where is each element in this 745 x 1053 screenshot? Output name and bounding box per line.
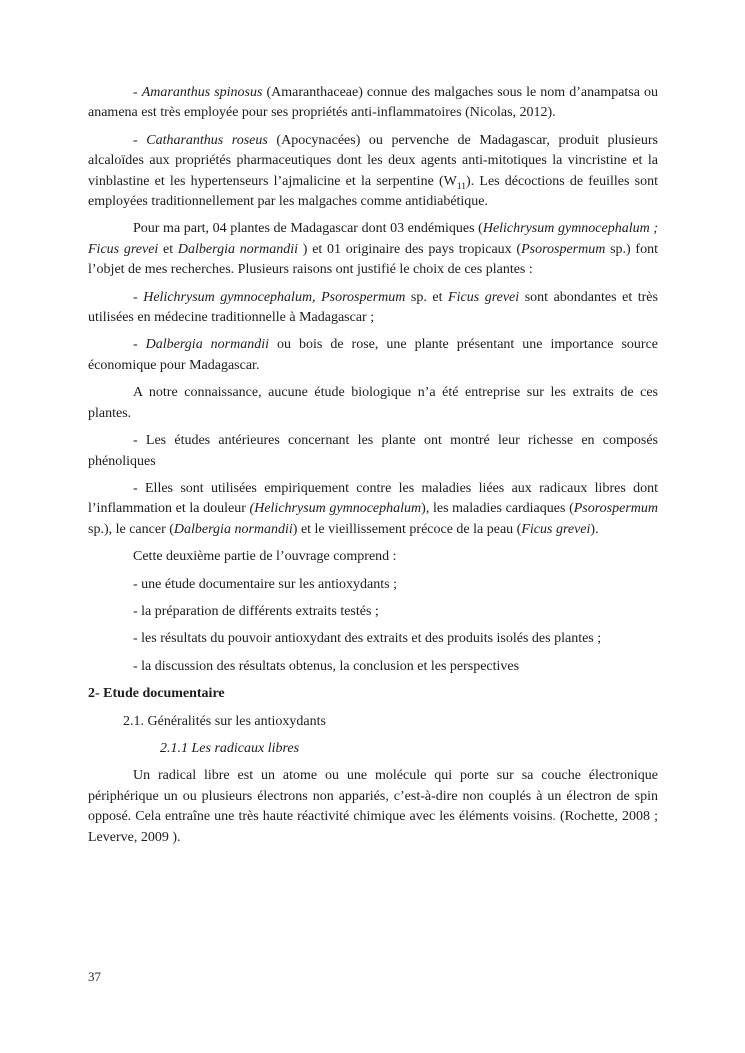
text-run: A notre connaissance, aucune étude biolo… [88,385,658,420]
text-run: (Helichrysum gymnocephalum [250,501,422,516]
text-run: 2.1.1 Les radicaux libres [160,741,299,756]
text-run: - [133,85,142,100]
text-run: Ficus grevei [448,290,519,305]
list-item-etude-documentaire: - une étude documentaire sur les antioxy… [88,575,658,595]
text-run: sp. et [405,290,448,305]
text-run: 2- Etude documentaire [88,686,225,701]
paragraph-connaissance: A notre connaissance, aucune étude biolo… [88,383,658,424]
text-run: - la discussion des résultats obtenus, l… [133,659,519,674]
paragraph-etudes-anterieures: - Les études antérieures concernant les … [88,431,658,472]
text-run: Dalbergia normandii [174,522,293,537]
subsubsection-heading-radicaux-libres: 2.1.1 Les radicaux libres [160,739,658,759]
text-run: 2.1. Généralités sur les antioxydants [123,714,326,729]
text-run: - [133,133,146,148]
list-item-resultats-pouvoir: - les résultats du pouvoir antioxydant d… [88,629,658,649]
text-run: - Les études antérieures concernant les … [88,433,658,468]
text-run: Amaranthus spinosus [142,85,263,100]
paragraph-radical-libre: Un radical libre est un atome ou une mol… [88,766,658,848]
text-run: Dalbergia normandii [178,242,298,257]
text-run: - les résultats du pouvoir antioxydant d… [133,631,601,646]
paragraph-amaranthus: - Amaranthus spinosus (Amaranthaceae) co… [88,83,658,124]
text-run: Ficus grevei [521,522,590,537]
paragraph-abondantes: - Helichrysum gymnocephalum, Psorospermu… [88,288,658,329]
text-run: ) et le vieillissement précoce de la pea… [293,522,522,537]
subsection-heading-generalites: 2.1. Généralités sur les antioxydants [123,712,658,732]
paragraph-deuxieme-partie: Cette deuxième partie de l’ouvrage compr… [88,547,658,567]
paragraph-catharanthus: - Catharanthus roseus (Apocynacées) ou p… [88,131,658,213]
text-run: ) et 01 originaire des pays tropicaux ( [298,242,521,257]
document-page: - Amaranthus spinosus (Amaranthaceae) co… [0,0,745,1053]
text-run: ), les maladies cardiaques ( [421,501,574,516]
text-run: ). [590,522,598,537]
text-run: Helichrysum gymnocephalum, Psorospermum [143,290,405,305]
paragraph-empiriquement: - Elles sont utilisées empiriquement con… [88,479,658,540]
text-run: - [133,290,143,305]
text-run: Catharanthus roseus [146,133,268,148]
text-run: - une étude documentaire sur les antioxy… [133,577,397,592]
list-item-preparation-extraits: - la préparation de différents extraits … [88,602,658,622]
text-run: Dalbergia normandii [146,337,269,352]
text-run: sp.), le cancer ( [88,522,174,537]
text-run: Psorospermum [574,501,658,516]
list-item-discussion: - la discussion des résultats obtenus, l… [88,657,658,677]
paragraph-pour-ma-part: Pour ma part, 04 plantes de Madagascar d… [88,219,658,280]
text-run: - [133,337,146,352]
document-body: - Amaranthus spinosus (Amaranthaceae) co… [88,83,658,855]
paragraph-bois-de-rose: - Dalbergia normandii ou bois de rose, u… [88,335,658,376]
page-number: 37 [88,969,101,985]
section-heading-etude-documentaire: 2- Etude documentaire [88,684,658,704]
text-run: - la préparation de différents extraits … [133,604,379,619]
text-run: 11 [457,181,466,191]
text-run: et [158,242,178,257]
text-run: Pour ma part, 04 plantes de Madagascar d… [133,221,483,236]
text-run: Cette deuxième partie de l’ouvrage compr… [133,549,397,564]
text-run: Psorospermum [521,242,605,257]
